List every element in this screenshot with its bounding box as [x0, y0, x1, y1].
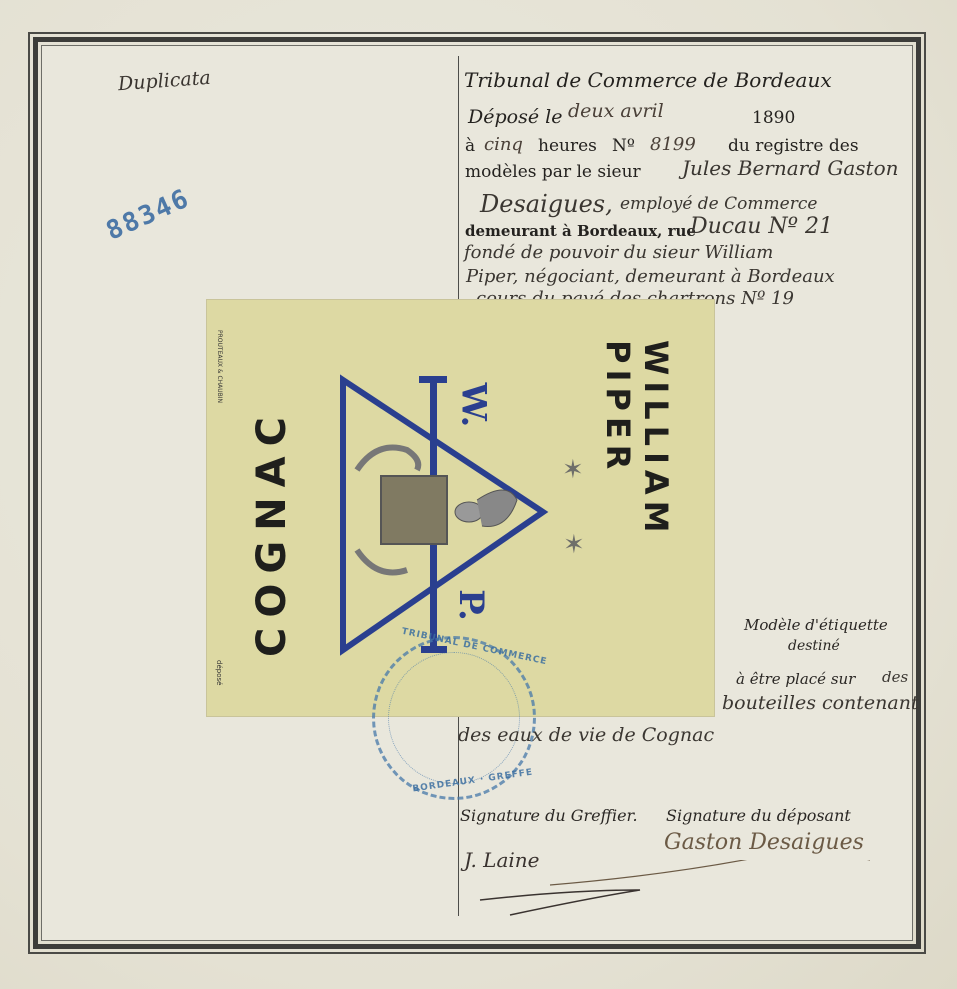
deposited-date: deux avril: [568, 100, 664, 122]
printer-credit: PROUTEAUX & CHAUBIN: [209, 330, 223, 410]
depose-mark: déposé: [209, 660, 223, 700]
brand-name: WILLIAM PIPER: [607, 340, 667, 680]
depositor-signature: Gaston Desaigues: [664, 830, 864, 855]
residence-label: demeurant à Bordeaux, rue: [465, 222, 696, 240]
monogram-w: W.: [453, 383, 493, 428]
purpose-line-5: des eaux de vie de Cognac: [458, 724, 714, 746]
proxy-line-1: fondé de pouvoir du sieur William: [464, 242, 773, 263]
purpose-line-4: bouteilles contenant: [722, 692, 919, 714]
star-icon: ✶: [563, 530, 585, 560]
monogram-p: P.: [451, 589, 491, 621]
depositor-signature-label: Signature du déposant: [666, 806, 851, 825]
register-number: 8199: [650, 134, 696, 155]
proxy-line-2: Piper, négociant, demeurant à Bordeaux: [466, 266, 835, 287]
register-label: du registre des: [728, 136, 859, 156]
depositor-name-2: Desaigues,: [480, 190, 613, 218]
court-seal-inner: [388, 652, 520, 784]
tribunal-title: Tribunal de Commerce de Bordeaux: [464, 68, 832, 92]
purpose-line-1: Modèle d'étiquette: [744, 616, 888, 634]
deposit-year: 1890: [752, 108, 795, 128]
depositor-name-1: Jules Bernard Gaston: [682, 156, 899, 180]
models-label: modèles par le sieur: [465, 162, 641, 182]
star-icon: ✶: [562, 455, 584, 485]
street: Ducau Nº 21: [690, 214, 833, 239]
clerk-signature-label: Signature du Greffier.: [460, 806, 638, 825]
signature-flourish: [470, 860, 890, 930]
hour-handwritten: cinq: [484, 134, 523, 155]
purpose-line-3: à être placé sur: [736, 670, 855, 688]
hour-prefix: à: [465, 136, 475, 156]
occupation: employé de Commerce: [620, 194, 817, 214]
deposited-label: Déposé le: [468, 106, 562, 128]
hour-suffix: heures: [538, 136, 597, 156]
number-label: Nº: [612, 136, 635, 156]
product-name: COGNAC: [237, 382, 307, 682]
purpose-line-3-hw: des: [882, 668, 908, 686]
document-page: Duplicata 88346 Tribunal de Commerce de …: [0, 0, 957, 989]
purpose-line-2: destiné: [788, 638, 840, 654]
